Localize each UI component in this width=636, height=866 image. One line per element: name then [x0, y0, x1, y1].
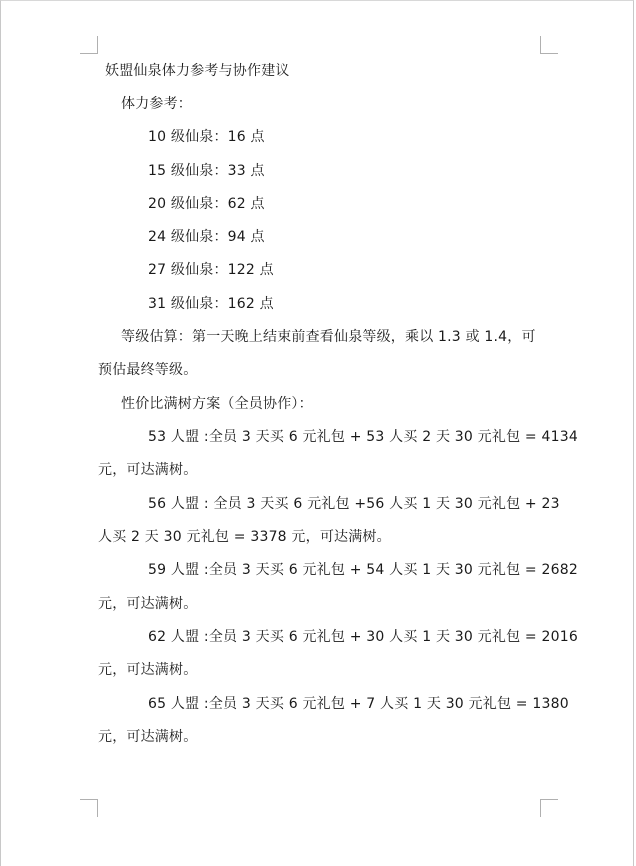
document-page: 妖盟仙泉体力参考与协作建议 体力参考： 10 级仙泉：16 点 15 级仙泉：3… [0, 0, 634, 866]
stamina-item: 10 级仙泉：16 点 [148, 128, 265, 146]
margin-corner-mark-top-left [80, 36, 98, 54]
plan-line-2: 元，可达满树。 [98, 661, 197, 679]
plan-line-1: 56 人盟 : 全员 3 天买 6 元礼包 +56 人买 1 天 30 元礼包 … [148, 495, 560, 513]
stamina-item: 27 级仙泉：122 点 [148, 261, 274, 279]
plan-line-2: 元，可达满树。 [98, 595, 197, 613]
plan-line-2: 元，可达满树。 [98, 461, 197, 479]
margin-corner-mark-top-right [540, 36, 558, 54]
plan-line-1: 62 人盟 :全员 3 天买 6 元礼包 + 30 人买 1 天 30 元礼包 … [148, 628, 578, 646]
stamina-item: 15 级仙泉：33 点 [148, 162, 265, 180]
plan-heading: 性价比满树方案（全员协作）： [121, 395, 313, 413]
stamina-item: 31 级仙泉：162 点 [148, 295, 274, 313]
stamina-item: 20 级仙泉：62 点 [148, 195, 265, 213]
margin-corner-mark-bottom-right [540, 799, 558, 817]
estimate-line-1: 等级估算：第一天晚上结束前查看仙泉等级，乘以 1.3 或 1.4，可 [121, 328, 536, 346]
stamina-item: 24 级仙泉：94 点 [148, 228, 265, 246]
plan-line-2: 元，可达满树。 [98, 728, 197, 746]
estimate-line-2: 预估最终等级。 [98, 361, 197, 379]
stamina-heading: 体力参考： [121, 95, 192, 113]
plan-line-1: 53 人盟 :全员 3 天买 6 元礼包 + 53 人买 2 天 30 元礼包 … [148, 428, 578, 446]
plan-line-1: 59 人盟 :全员 3 天买 6 元礼包 + 54 人买 1 天 30 元礼包 … [148, 561, 578, 579]
document-title: 妖盟仙泉体力参考与协作建议 [105, 62, 290, 80]
plan-line-2: 人买 2 天 30 元礼包 = 3378 元，可达满树。 [98, 528, 391, 546]
margin-corner-mark-bottom-left [80, 799, 98, 817]
plan-line-1: 65 人盟 :全员 3 天买 6 元礼包 + 7 人买 1 天 30 元礼包 =… [148, 695, 569, 713]
